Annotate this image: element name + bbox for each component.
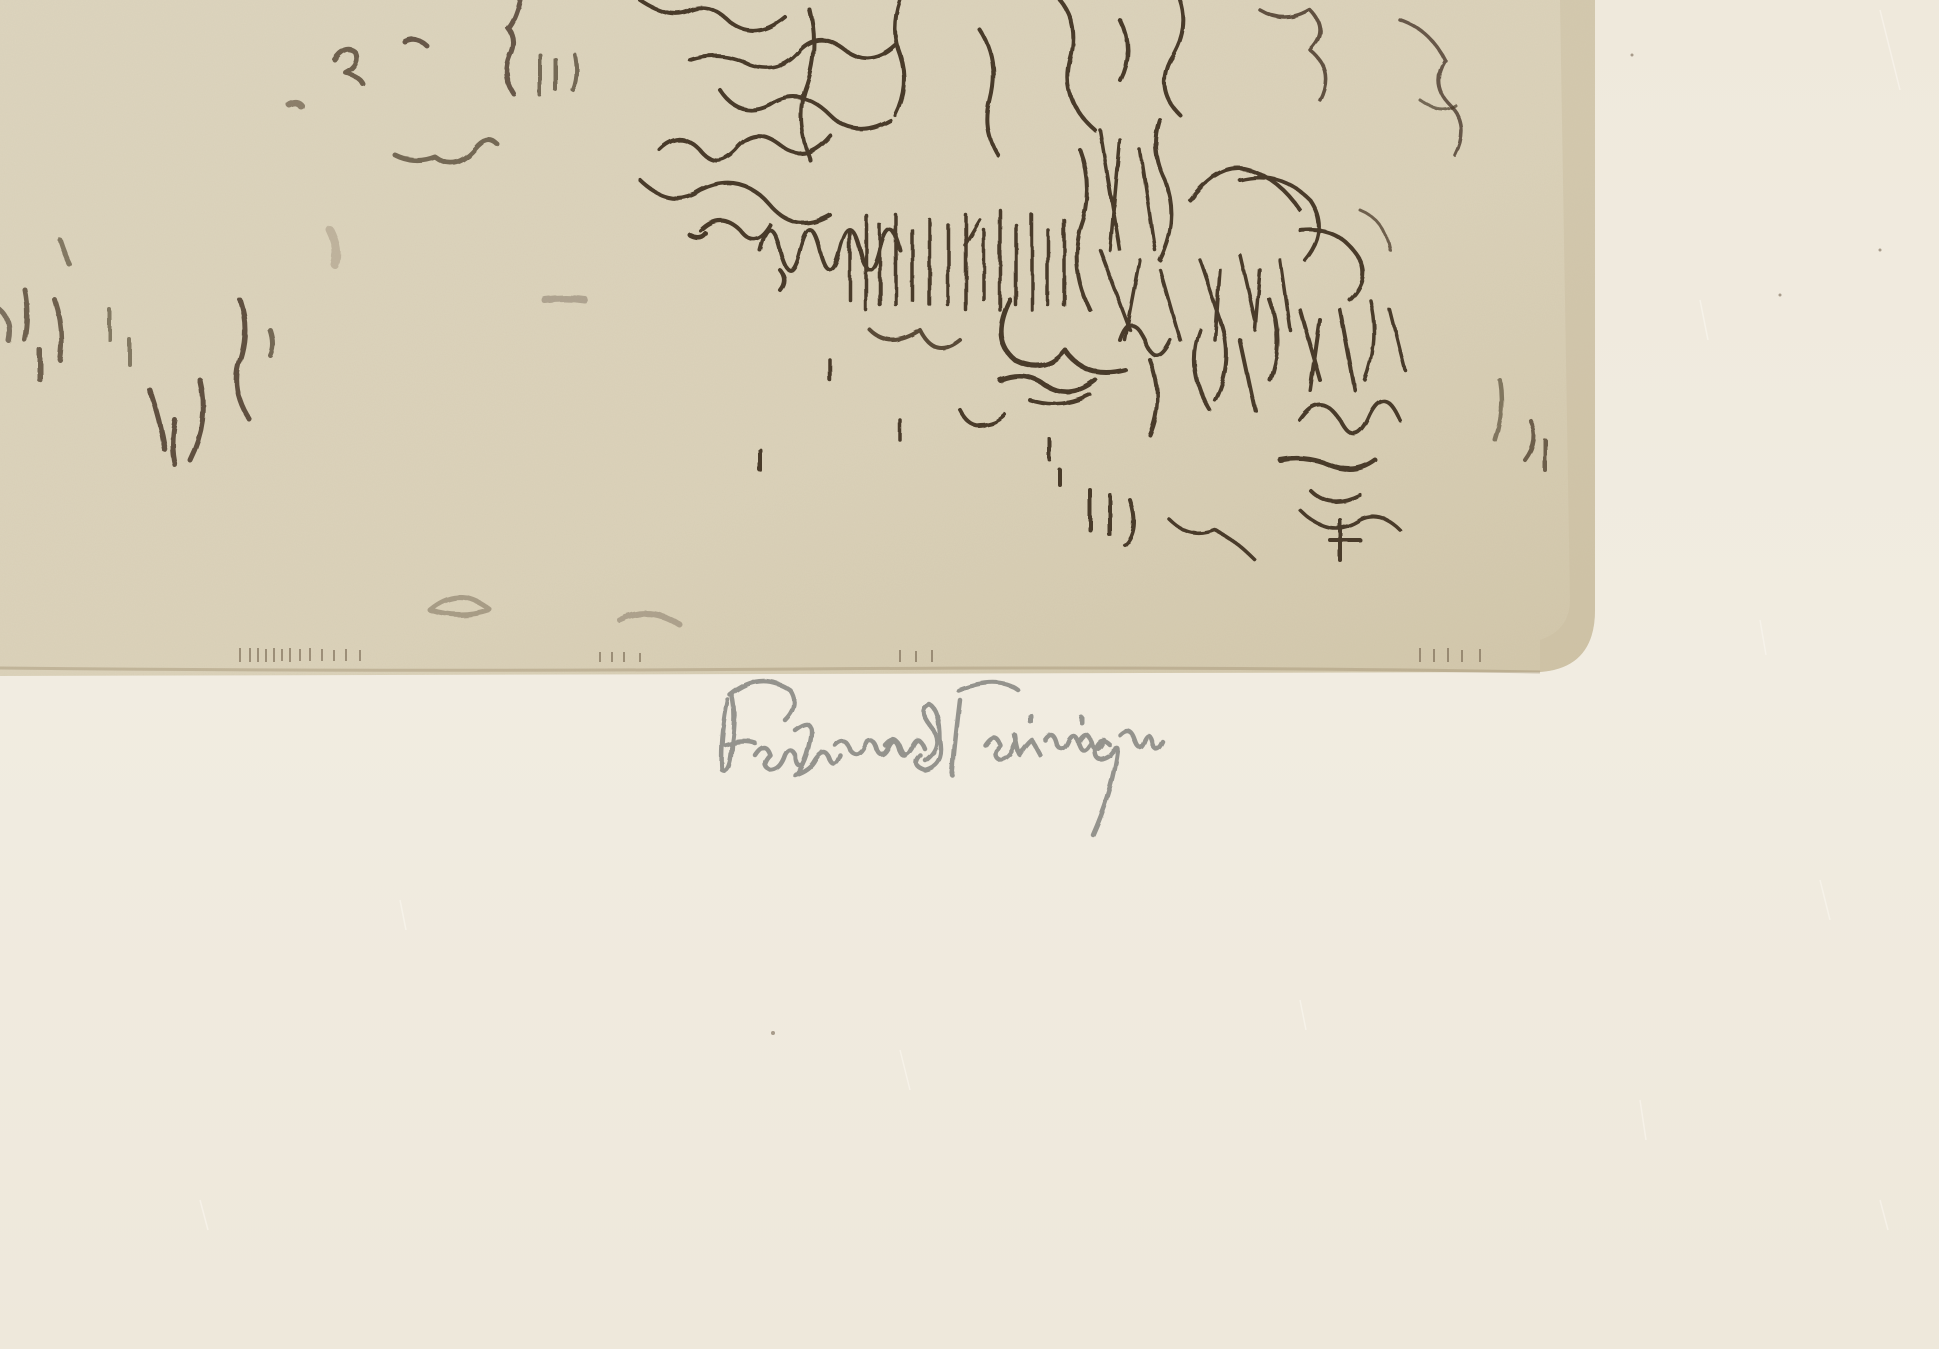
paper-sheet: Feininger (0, 0, 1939, 1349)
plate-area (0, 0, 1595, 676)
etching-artwork (0, 0, 1939, 1349)
pencil-signature (722, 681, 1163, 835)
